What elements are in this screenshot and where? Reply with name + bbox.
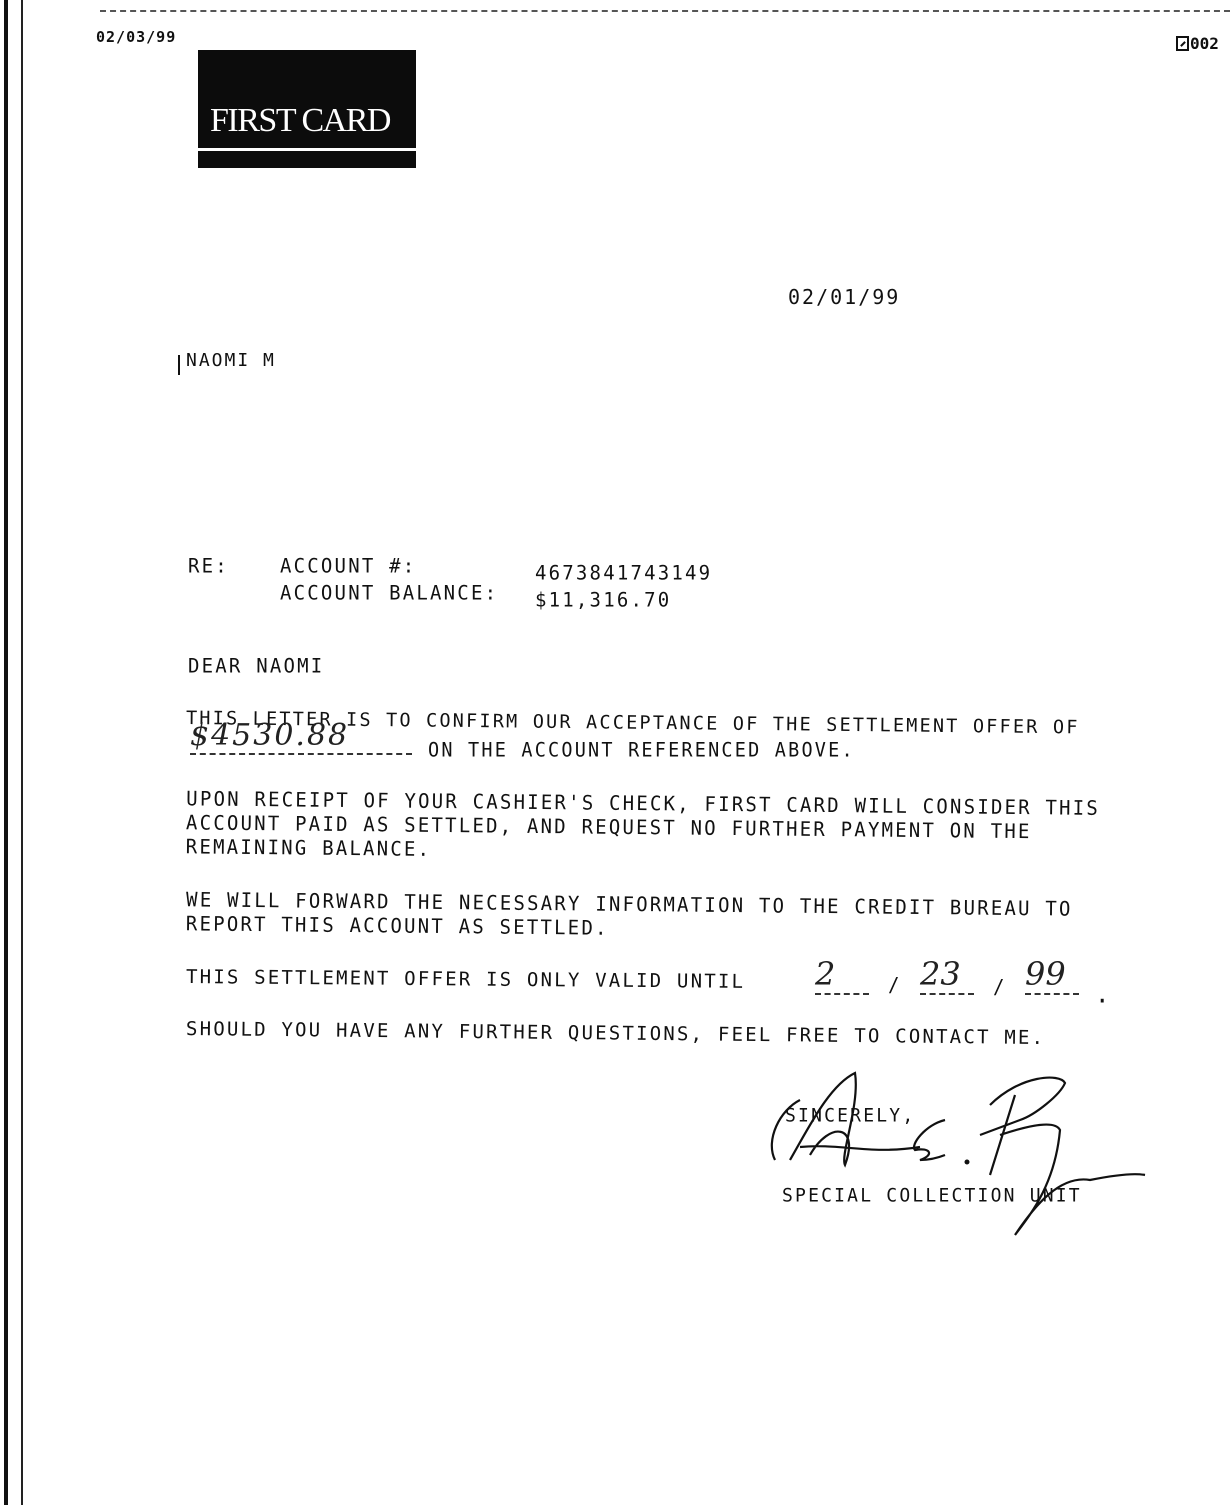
letter-date: 02/01/99 xyxy=(788,285,900,309)
signature xyxy=(760,1065,1160,1245)
settlement-amount-handwritten: $4530.88 xyxy=(190,718,412,755)
closing-line: SHOULD YOU HAVE ANY FURTHER QUESTIONS, F… xyxy=(186,1018,1045,1049)
date-period: . xyxy=(1095,979,1112,1008)
valid-until-day: 23 xyxy=(920,955,974,995)
left-border-bar-thin xyxy=(21,0,23,1505)
account-balance: $11,316.70 xyxy=(535,588,671,611)
fax-date: 02/03/99 xyxy=(96,28,176,46)
valid-until-month: 2 xyxy=(815,955,869,995)
paragraph-3: WE WILL FORWARD THE NECESSARY INFORMATIO… xyxy=(186,888,1073,945)
left-border-bar xyxy=(4,0,8,1505)
paragraph-1-line-2: ON THE ACCOUNT REFERENCED ABOVE. xyxy=(428,739,855,761)
first-card-logo: FIRST CARD xyxy=(198,50,416,168)
recipient-bracket xyxy=(178,355,180,375)
fax-page-number: 002 xyxy=(1176,34,1219,53)
fax-header-line xyxy=(100,10,1230,12)
date-separator-1: / xyxy=(888,973,902,996)
re-label: RE: xyxy=(188,554,229,577)
account-number-label: ACCOUNT #: xyxy=(280,554,416,577)
recipient-name: NAOMI M xyxy=(186,350,276,371)
valid-until-year: 99 xyxy=(1025,955,1079,995)
department: SPECIAL COLLECTION UNIT xyxy=(782,1184,1082,1206)
date-separator-2: / xyxy=(993,975,1007,998)
account-number: 4673841743149 xyxy=(535,561,712,584)
fax-page-icon xyxy=(1176,36,1189,51)
account-balance-label: ACCOUNT BALANCE: xyxy=(280,581,498,604)
salutation: DEAR NAOMI xyxy=(188,654,324,677)
page-number-text: 002 xyxy=(1190,34,1219,53)
valid-until-text: THIS SETTLEMENT OFFER IS ONLY VALID UNTI… xyxy=(186,966,745,993)
paragraph-2: UPON RECEIPT OF YOUR CASHIER'S CHECK, FI… xyxy=(186,787,1101,869)
logo-text: FIRST CARD xyxy=(210,102,390,140)
logo-stripe xyxy=(198,148,416,151)
